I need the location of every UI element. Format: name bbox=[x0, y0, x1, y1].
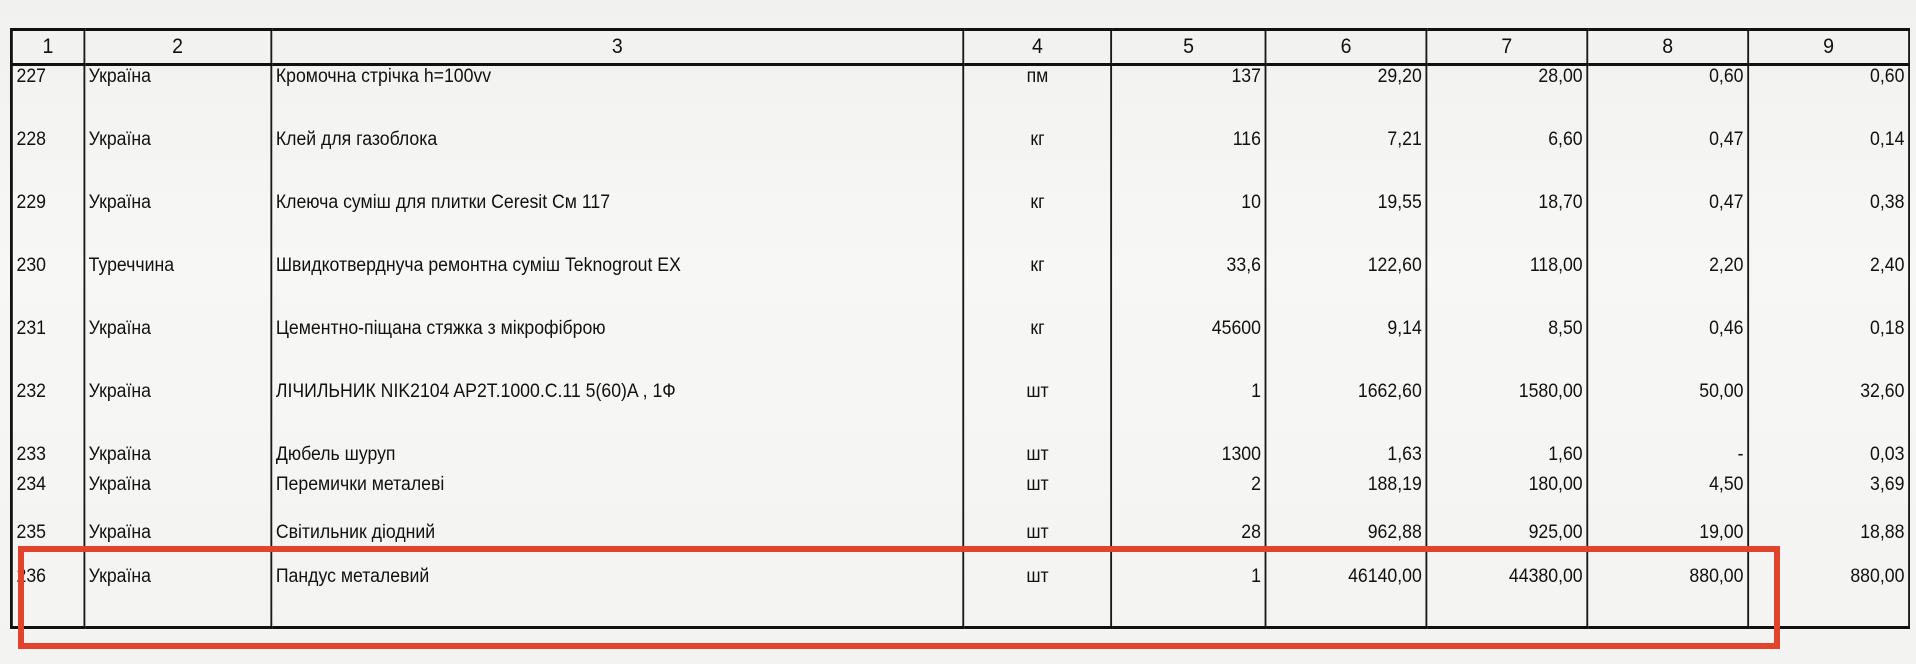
col-header-6: 6 bbox=[1266, 30, 1427, 65]
col9-cell: 0,03 bbox=[1748, 444, 1909, 474]
quantity-cell: 1 bbox=[1112, 381, 1266, 444]
table-row-229: 229 Україна Клеюча суміш для плитки Cere… bbox=[11, 192, 1909, 255]
col-header-5: 5 bbox=[1112, 30, 1266, 65]
col9-cell: 32,60 bbox=[1748, 381, 1909, 444]
price-table: 1 2 3 4 5 6 7 8 9 227 Україна Кромочна с… bbox=[10, 28, 1910, 629]
col7-cell: 6,60 bbox=[1426, 129, 1587, 192]
country-cell: Україна bbox=[84, 192, 271, 255]
col8-cell: 2,20 bbox=[1587, 255, 1748, 318]
empty-cell bbox=[1748, 606, 1909, 628]
empty-cell bbox=[1112, 606, 1266, 628]
unit-cell: шт bbox=[963, 444, 1111, 474]
col-header-3: 3 bbox=[271, 30, 963, 65]
col-header-7: 7 bbox=[1426, 30, 1587, 65]
unit-cell: кг bbox=[963, 129, 1111, 192]
col7-cell: 8,50 bbox=[1426, 318, 1587, 381]
col8-cell: 880,00 bbox=[1587, 566, 1748, 606]
row-number: 234 bbox=[11, 474, 84, 504]
col9-cell: 0,18 bbox=[1748, 318, 1909, 381]
col8-cell: 4,50 bbox=[1587, 474, 1748, 504]
item-name-cell: Дюбель шуруп bbox=[271, 444, 963, 474]
row-number: 233 bbox=[11, 444, 84, 474]
col9-cell: 2,40 bbox=[1748, 255, 1909, 318]
unit-cell: кг bbox=[963, 255, 1111, 318]
col7-cell: 18,70 bbox=[1426, 192, 1587, 255]
header-row: 1 2 3 4 5 6 7 8 9 bbox=[11, 30, 1909, 65]
col9-cell: 0,38 bbox=[1748, 192, 1909, 255]
quantity-cell: 137 bbox=[1112, 65, 1266, 130]
table-row-233: 233 Україна Дюбель шуруп шт 1300 1,63 1,… bbox=[11, 444, 1909, 474]
item-name-cell: Перемички металеві bbox=[271, 474, 963, 504]
country-cell: Україна bbox=[84, 129, 271, 192]
row-number: 231 bbox=[11, 318, 84, 381]
quantity-cell: 45600 bbox=[1112, 318, 1266, 381]
col-header-2: 2 bbox=[84, 30, 271, 65]
unit-cell: шт bbox=[963, 381, 1111, 444]
col6-cell: 7,21 bbox=[1266, 129, 1427, 192]
country-cell: Україна bbox=[84, 318, 271, 381]
col8-cell: 0,60 bbox=[1587, 65, 1748, 130]
table-row-235: 235 Україна Світильник діодний шт 28 962… bbox=[11, 504, 1909, 566]
empty-cell bbox=[11, 606, 84, 628]
col-header-1: 1 bbox=[11, 30, 84, 65]
quantity-cell: 116 bbox=[1112, 129, 1266, 192]
document-sheet: 1 2 3 4 5 6 7 8 9 227 Україна Кромочна с… bbox=[10, 28, 1912, 654]
col6-cell: 188,19 bbox=[1266, 474, 1427, 504]
country-cell: Україна bbox=[84, 444, 271, 474]
col9-cell: 18,88 bbox=[1748, 504, 1909, 566]
col-header-9: 9 bbox=[1748, 30, 1909, 65]
col6-cell: 9,14 bbox=[1266, 318, 1427, 381]
country-cell: Україна bbox=[84, 381, 271, 444]
col6-cell: 1662,60 bbox=[1266, 381, 1427, 444]
col6-cell: 46140,00 bbox=[1266, 566, 1427, 606]
item-name-cell: Швидкотверднуча ремонтна суміш Teknogrou… bbox=[271, 255, 963, 318]
country-cell: Україна bbox=[84, 566, 271, 606]
country-cell: Україна bbox=[84, 474, 271, 504]
col-header-4: 4 bbox=[963, 30, 1111, 65]
quantity-cell: 28 bbox=[1112, 504, 1266, 566]
col8-cell: 0,47 bbox=[1587, 129, 1748, 192]
row-number: 228 bbox=[11, 129, 84, 192]
empty-cell bbox=[1587, 606, 1748, 628]
col6-cell: 29,20 bbox=[1266, 65, 1427, 130]
unit-cell: шт bbox=[963, 566, 1111, 606]
country-cell: Туреччина bbox=[84, 255, 271, 318]
col7-cell: 180,00 bbox=[1426, 474, 1587, 504]
row-number: 232 bbox=[11, 381, 84, 444]
row-number: 230 bbox=[11, 255, 84, 318]
col-header-8: 8 bbox=[1587, 30, 1748, 65]
table-row-231: 231 Україна Цементно-піщана стяжка з мік… bbox=[11, 318, 1909, 381]
col8-cell: 50,00 bbox=[1587, 381, 1748, 444]
table-bottom-padding bbox=[11, 606, 1909, 628]
empty-cell bbox=[1266, 606, 1427, 628]
table-row-227: 227 Україна Кромочна стрічка h=100vv пм … bbox=[11, 65, 1909, 130]
col6-cell: 19,55 bbox=[1266, 192, 1427, 255]
table-row-234: 234 Україна Перемички металеві шт 2 188,… bbox=[11, 474, 1909, 504]
col8-cell: 0,47 bbox=[1587, 192, 1748, 255]
col8-cell: 19,00 bbox=[1587, 504, 1748, 566]
quantity-cell: 2 bbox=[1112, 474, 1266, 504]
quantity-cell: 1 bbox=[1112, 566, 1266, 606]
unit-cell: шт bbox=[963, 504, 1111, 566]
row-number: 236 bbox=[11, 566, 84, 606]
item-name-cell: Кромочна стрічка h=100vv bbox=[271, 65, 963, 130]
unit-cell: шт bbox=[963, 474, 1111, 504]
unit-cell: кг bbox=[963, 318, 1111, 381]
col9-cell: 880,00 bbox=[1748, 566, 1909, 606]
col8-cell: 0,46 bbox=[1587, 318, 1748, 381]
item-name-cell: Клеюча суміш для плитки Ceresit См 117 bbox=[271, 192, 963, 255]
quantity-cell: 10 bbox=[1112, 192, 1266, 255]
col7-cell: 118,00 bbox=[1426, 255, 1587, 318]
table-row-236: 236 Україна Пандус металевий шт 1 46140,… bbox=[11, 566, 1909, 606]
col6-cell: 962,88 bbox=[1266, 504, 1427, 566]
row-number: 235 bbox=[11, 504, 84, 566]
table-row-228: 228 Україна Клей для газоблока кг 116 7,… bbox=[11, 129, 1909, 192]
col6-cell: 1,63 bbox=[1266, 444, 1427, 474]
item-name-cell: Світильник діодний bbox=[271, 504, 963, 566]
unit-cell: пм bbox=[963, 65, 1111, 130]
col9-cell: 3,69 bbox=[1748, 474, 1909, 504]
item-name-cell: ЛІЧИЛЬНИК NIK2104 AP2T.1000.C.11 5(60)A … bbox=[271, 381, 963, 444]
col7-cell: 44380,00 bbox=[1426, 566, 1587, 606]
empty-cell bbox=[1426, 606, 1587, 628]
item-name-cell: Цементно-піщана стяжка з мікрофіброю bbox=[271, 318, 963, 381]
col7-cell: 28,00 bbox=[1426, 65, 1587, 130]
col7-cell: 1,60 bbox=[1426, 444, 1587, 474]
table-row-230: 230 Туреччина Швидкотверднуча ремонтна с… bbox=[11, 255, 1909, 318]
col8-cell: - bbox=[1587, 444, 1748, 474]
row-number: 229 bbox=[11, 192, 84, 255]
quantity-cell: 1300 bbox=[1112, 444, 1266, 474]
table-row-232: 232 Україна ЛІЧИЛЬНИК NIK2104 AP2T.1000.… bbox=[11, 381, 1909, 444]
empty-cell bbox=[963, 606, 1111, 628]
quantity-cell: 33,6 bbox=[1112, 255, 1266, 318]
col9-cell: 0,14 bbox=[1748, 129, 1909, 192]
empty-cell bbox=[271, 606, 963, 628]
col6-cell: 122,60 bbox=[1266, 255, 1427, 318]
col9-cell: 0,60 bbox=[1748, 65, 1909, 130]
country-cell: Україна bbox=[84, 65, 271, 130]
country-cell: Україна bbox=[84, 504, 271, 566]
col7-cell: 925,00 bbox=[1426, 504, 1587, 566]
row-number: 227 bbox=[11, 65, 84, 130]
empty-cell bbox=[84, 606, 271, 628]
item-name-cell: Пандус металевий bbox=[271, 566, 963, 606]
item-name-cell: Клей для газоблока bbox=[271, 129, 963, 192]
col7-cell: 1580,00 bbox=[1426, 381, 1587, 444]
unit-cell: кг bbox=[963, 192, 1111, 255]
